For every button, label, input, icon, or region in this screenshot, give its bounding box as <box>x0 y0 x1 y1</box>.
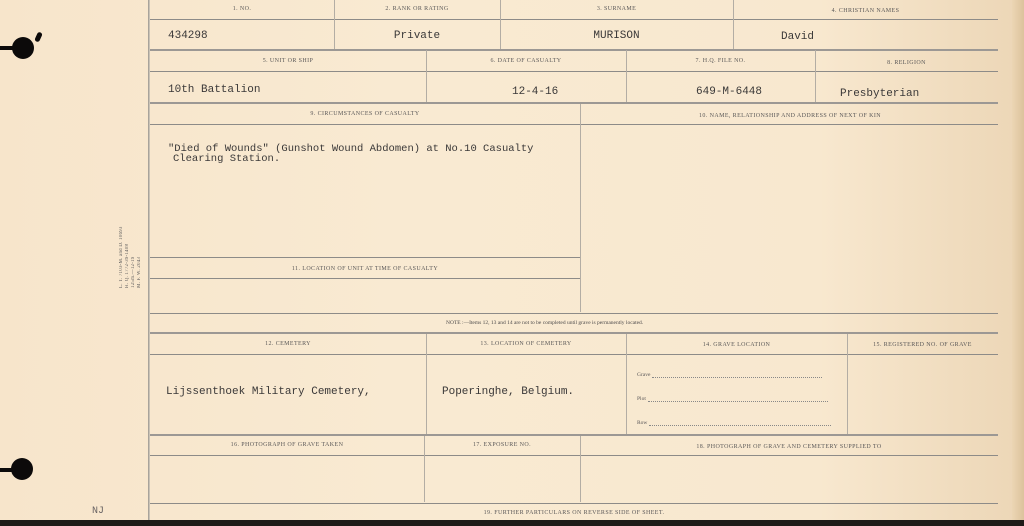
field-label-rank: 2. Rank or Rating <box>334 6 500 12</box>
form-code-line: 125m.—12-19 <box>131 216 136 288</box>
plot-label: Plot <box>637 396 646 402</box>
field-label-location-of-unit: 11. Location of Unit at Time of Casualty <box>150 266 580 272</box>
field-label-cemetery: 12. Cemetery <box>150 341 426 347</box>
unit-value: 10th Battalion <box>168 84 260 96</box>
field-label-religion: 8. Religion <box>815 60 998 66</box>
rule <box>150 124 998 125</box>
rule <box>150 434 998 436</box>
clerk-initials: NJ <box>92 506 104 517</box>
field-label-circumstances: 9. Circumstances of Casualty <box>150 111 580 117</box>
field-label-christian-names: 4. Christian Names <box>733 8 998 14</box>
field-label-further-particulars: 19. Further Particulars on Reverse Side … <box>150 510 998 516</box>
rule <box>150 257 580 258</box>
rule <box>150 102 998 104</box>
casualty-form-sheet: M. F. W. 2043 125m.—12-19 H. Q. 1772-39-… <box>0 0 1024 526</box>
rule <box>150 71 998 72</box>
field-label-location-of-cemetery: 13. Location of Cemetery <box>426 341 626 347</box>
form-code-line: M. F. W. 2043 <box>137 216 142 288</box>
punch-hole-top-icon <box>12 37 34 59</box>
field-label-registered-no: 15. Registered No. of Grave <box>847 342 998 348</box>
form-code-line: L. T. 7103-M. and D. 10693 <box>119 216 124 288</box>
field-label-exposure-no: 17. Exposure No. <box>424 442 580 448</box>
field-label-photograph-supplied-to: 18. Photograph of Grave and Cemetery Sup… <box>580 444 998 450</box>
rank-value: Private <box>334 30 500 42</box>
religion-value: Presbyterian <box>840 88 919 100</box>
field-label-surname: 3. Surname <box>500 6 733 12</box>
row-dotted-field <box>649 420 831 426</box>
row-label: Row <box>637 420 647 426</box>
completion-note: NOTE :—Items 12, 13 and 14 are not to be… <box>446 320 643 326</box>
scan-bottom-border <box>0 520 1024 526</box>
rule <box>150 503 998 504</box>
rule <box>150 49 998 51</box>
field-label-unit: 5. Unit or Ship <box>150 58 426 64</box>
field-label-grave-location: 14. Grave Location <box>626 342 847 348</box>
location-of-cemetery-value: Poperinghe, Belgium. <box>442 386 574 398</box>
sheet-right-edge <box>1012 0 1024 520</box>
grave-line: Grave <box>637 372 822 378</box>
grave-dotted-field <box>652 372 822 378</box>
column-divider <box>426 334 427 434</box>
plot-line: Plot <box>637 396 828 402</box>
field-label-next-of-kin: 10. Name, Relationship and Address of Ne… <box>582 113 998 119</box>
date-of-casualty-value: 12-4-16 <box>512 86 558 98</box>
field-label-photograph-taken: 16. Photograph of Grave Taken <box>150 442 424 448</box>
plot-dotted-field <box>648 396 828 402</box>
column-divider <box>847 334 848 434</box>
regimental-number-value: 434298 <box>168 30 208 42</box>
field-label-hq-file-no: 7. H.Q. File No. <box>626 58 815 64</box>
rule <box>150 354 998 355</box>
rule <box>150 278 580 279</box>
punch-hole-bottom-icon <box>11 458 33 480</box>
column-divider <box>580 104 581 312</box>
grave-label: Grave <box>637 372 650 378</box>
field-label-number: 1. No. <box>150 6 334 12</box>
rule <box>150 332 998 334</box>
punch-hole-tear-icon <box>34 31 43 42</box>
form-code-note: M. F. W. 2043 125m.—12-19 H. Q. 1772-39-… <box>112 216 148 288</box>
hq-file-no-value: 649-M-6448 <box>696 86 762 98</box>
column-divider <box>815 50 816 102</box>
rule <box>150 19 998 20</box>
form-code-line: H. Q. 1772-39-1408 <box>125 216 130 288</box>
surname-value: MURISON <box>500 30 733 42</box>
column-divider <box>626 334 627 434</box>
field-label-date-of-casualty: 6. Date of Casualty <box>426 58 626 64</box>
christian-names-value: David <box>781 31 814 43</box>
rule <box>150 455 998 456</box>
row-line: Row <box>637 420 831 426</box>
circumstances-value-line2: Clearing Station. <box>173 153 280 165</box>
rule <box>150 313 998 314</box>
cemetery-value: Lijssenthoek Military Cemetery, <box>166 386 371 398</box>
